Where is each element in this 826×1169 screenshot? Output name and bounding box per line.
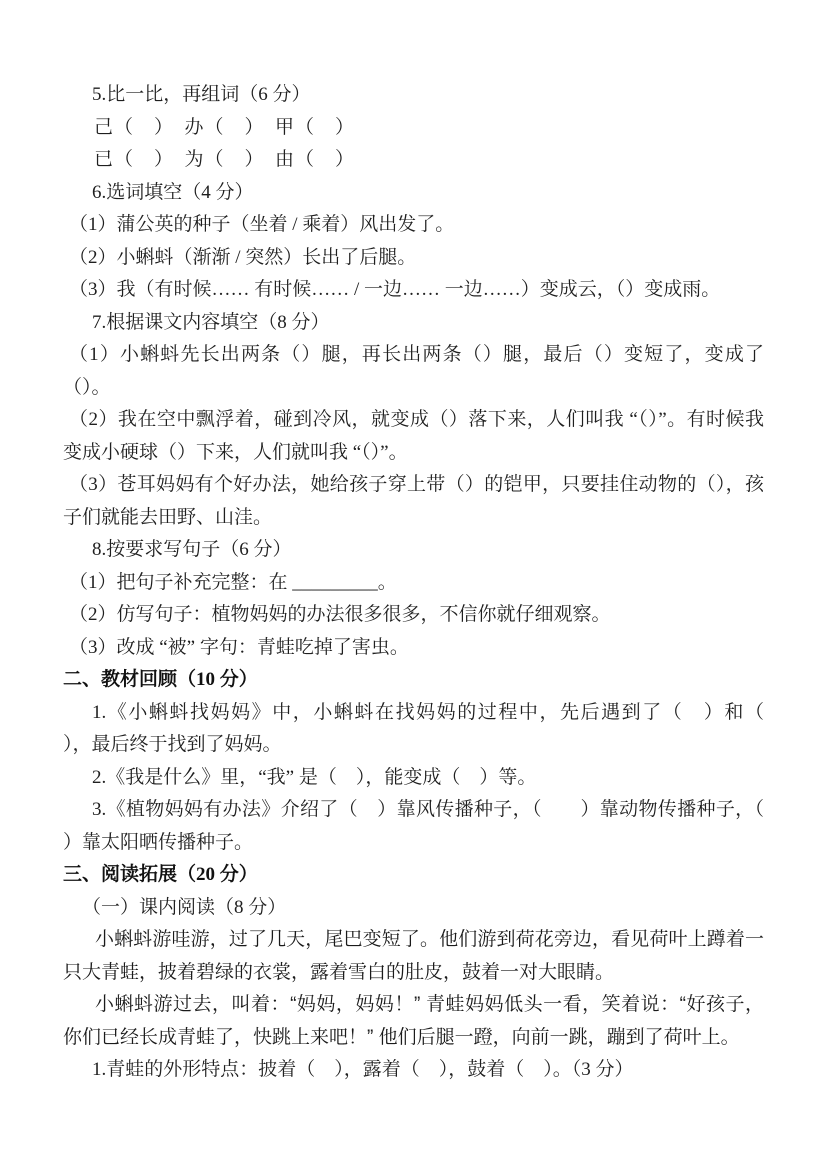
question-6-title: 6.选词填空（4 分） [63,177,764,210]
passage-paragraph-2: 小蝌蚪游过去，叫着：“妈妈，妈妈！” 青蛙妈妈低头一看，笑着说：“好孩子，你们已… [63,989,764,1054]
q8-item-2: （2）仿写句子：植物妈妈的办法很多很多，不信你就仔细观察。 [63,599,764,632]
passage-paragraph-1: 小蝌蚪游哇游，过了几天，尾巴变短了。他们游到荷花旁边，看见荷叶上蹲着一只大青蛙，… [63,924,764,989]
q6-item-2: （2）小蝌蚪（渐渐 / 突然）长出了后腿。 [63,242,764,275]
q8-item-1: （1）把句子补充完整：在 _________。 [63,567,764,600]
question-5-title: 5.比一比，再组词（6 分） [63,79,764,112]
question-7-title: 7.根据课文内容填空（8 分） [63,307,764,340]
q7-item-1: （1）小蝌蚪先长出两条（）腿，再长出两条（）腿，最后（）变短了，变成了（）。 [63,339,764,404]
q8-item-3: （3）改成 “被” 字句：青蛙吃掉了害虫。 [63,632,764,665]
s2-item-3: 3.《植物妈妈有办法》介绍了（ ）靠风传播种子，（ ）靠动物传播种子，（ ）靠太… [63,794,764,859]
word-compare-row-1: 己（ ） 办（ ） 甲（ ） [63,112,764,145]
s2-item-1: 1.《小蝌蚪找妈妈》中，小蝌蚪在找妈妈的过程中，先后遇到了（ ）和（ ），最后终… [63,697,764,762]
q6-item-3: （3）我（有时候…… 有时候…… / 一边…… 一边……）变成云，（）变成雨。 [63,274,764,307]
q7-item-3: （3）苍耳妈妈有个好办法，她给孩子穿上带（）的铠甲，只要挂住动物的（），孩子们就… [63,469,764,534]
s2-item-2: 2.《我是什么》里，“我” 是（ ），能变成（ ）等。 [63,762,764,795]
exam-document-page: 5.比一比，再组词（6 分） 己（ ） 办（ ） 甲（ ） 已（ ） 为（ ） … [0,0,826,1169]
section-2-heading: 二、教材回顾（10 分） [63,664,764,697]
word-compare-row-2: 已（ ） 为（ ） 由（ ） [63,144,764,177]
q6-item-1: （1）蒲公英的种子（坐着 / 乘着）风出发了。 [63,209,764,242]
document-content: 5.比一比，再组词（6 分） 己（ ） 办（ ） 甲（ ） 已（ ） 为（ ） … [63,79,764,1087]
s3-question-1: 1.青蛙的外形特点：披着（ ），露着（ ），鼓着（ ）。（3 分） [63,1054,764,1087]
section-3-subheading: （一）课内阅读（8 分） [63,892,764,925]
question-8-title: 8.按要求写句子（6 分） [63,534,764,567]
section-3-heading: 三、阅读拓展（20 分） [63,859,764,892]
q7-item-2: （2）我在空中飘浮着，碰到冷风，就变成（）落下来，人们叫我 “（）”。有时候我变… [63,404,764,469]
